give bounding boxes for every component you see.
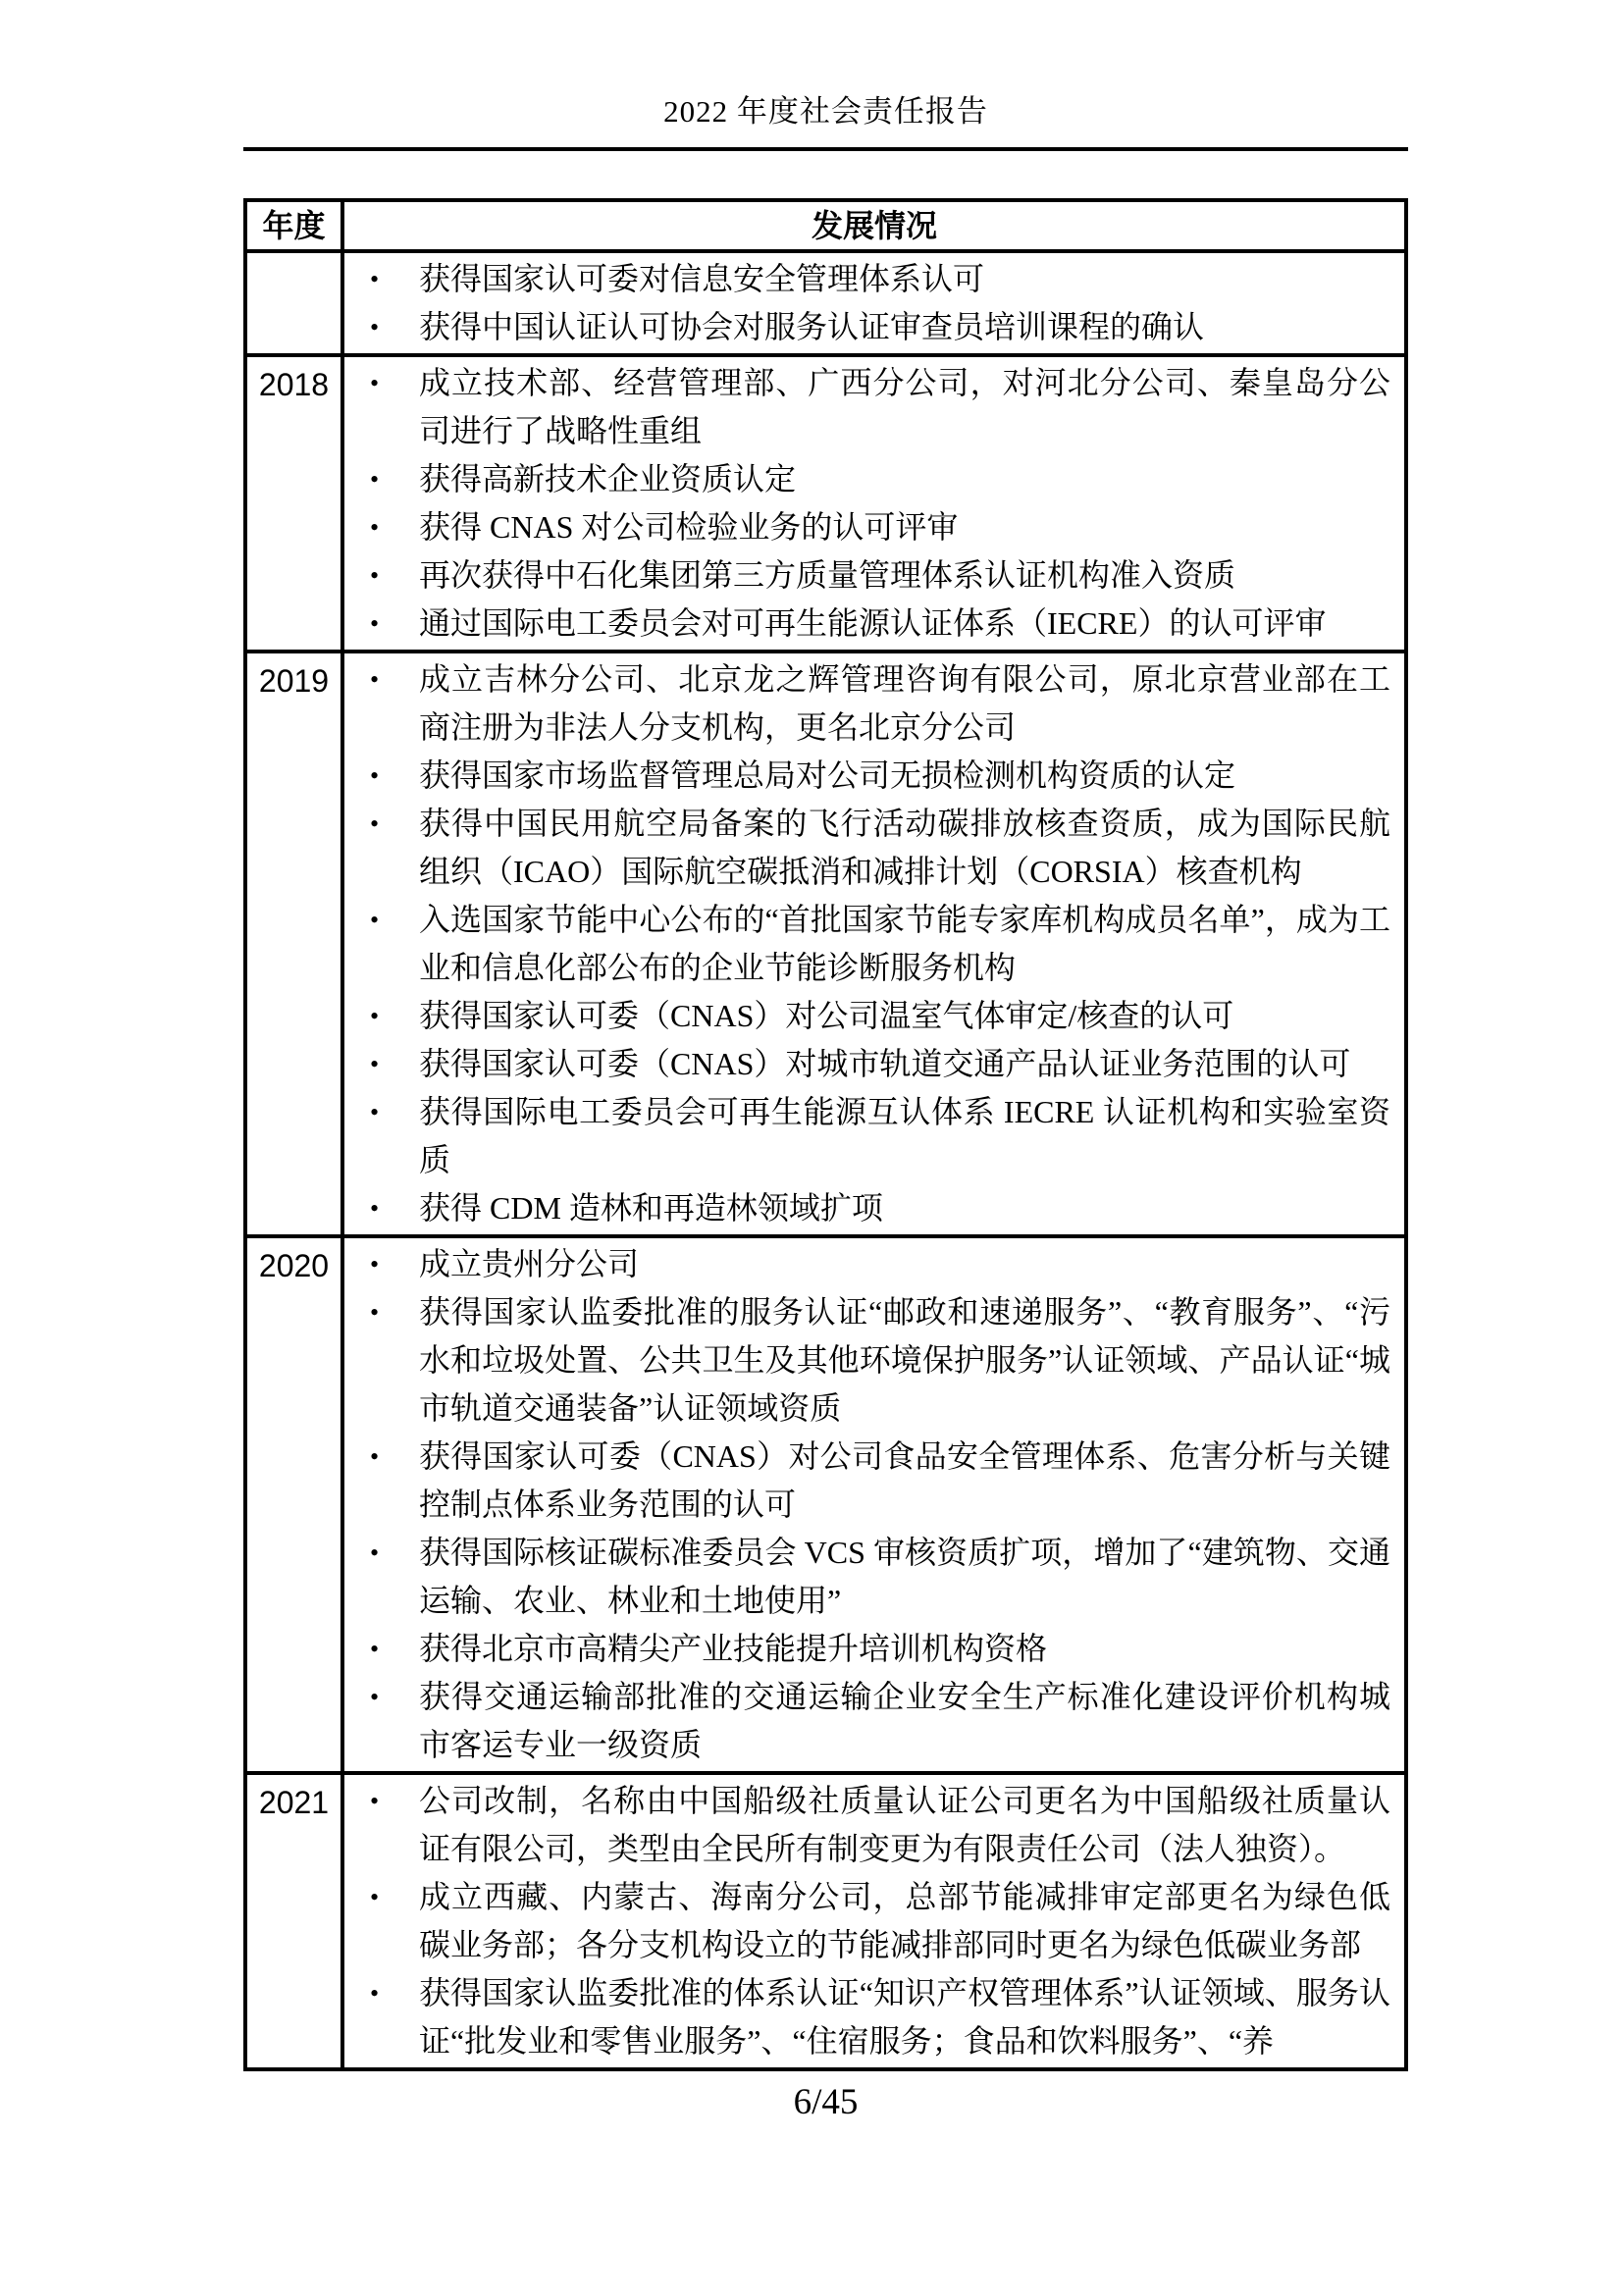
development-item-text: 获得国家认可委（CNAS）对公司食品安全管理体系、危害分析与关键控制点体系业务范… (419, 1438, 1390, 1522)
development-item-text: 成立技术部、经营管理部、广西分公司，对河北分公司、秦皇岛分公司进行了战略性重组 (419, 365, 1390, 448)
page-header-title: 2022 年度社会责任报告 (243, 92, 1408, 131)
page-footer: 6/45 (243, 2080, 1408, 2125)
table-row: 2021 • 公司改制，名称由中国船级社质量认证公司更名为中国船级社质量认证有限… (247, 1771, 1404, 2067)
bullet-icon: • (370, 600, 409, 648)
development-item-text: 入选国家节能中心公布的“首批国家节能专家库机构成员名单”，成为工业和信息化部公布… (419, 902, 1390, 985)
bullet-icon: • (370, 752, 409, 800)
development-items-cell: • 成立技术部、经营管理部、广西分公司，对河北分公司、秦皇岛分公司进行了战略性重… (344, 357, 1404, 650)
development-item-text: 获得国家认可委（CNAS）对公司温室气体审定/核查的认可 (419, 998, 1233, 1033)
bullet-icon: • (370, 1529, 409, 1577)
bullet-icon: • (370, 551, 409, 600)
bullet-icon: • (370, 1777, 409, 1825)
development-item-text: 公司改制，名称由中国船级社质量认证公司更名为中国船级社质量认证有限公司，类型由全… (419, 1783, 1390, 1866)
development-list-item: • 获得国家认可委对信息安全管理体系认可 (344, 255, 1390, 303)
development-list-item: • 获得 CNAS 对公司检验业务的认可评审 (344, 503, 1390, 551)
development-list-item: • 成立吉林分公司、北京龙之辉管理咨询有限公司，原北京营业部在工商注册为非法人分… (344, 655, 1390, 752)
bullet-icon: • (370, 503, 409, 551)
development-list-item: • 获得 CDM 造林和再造林领域扩项 (344, 1184, 1390, 1232)
bullet-icon: • (370, 359, 409, 407)
bullet-icon: • (370, 1673, 409, 1721)
development-list-item: • 获得国家市场监督管理总局对公司无损检测机构资质的认定 (344, 752, 1390, 800)
year-cell (247, 253, 344, 353)
development-list-item: • 获得国家认可委（CNAS）对城市轨道交通产品认证业务范围的认可 (344, 1040, 1390, 1088)
bullet-icon: • (370, 1288, 409, 1336)
development-item-text: 获得国际电工委员会可再生能源互认体系 IECRE 认证机构和实验室资质 (419, 1094, 1390, 1177)
development-items-cell: • 公司改制，名称由中国船级社质量认证公司更名为中国船级社质量认证有限公司，类型… (344, 1775, 1404, 2067)
development-item-text: 成立西藏、内蒙古、海南分公司，总部节能减排审定部更名为绿色低碳业务部；各分支机构… (419, 1879, 1390, 1962)
table-row: 2018 • 成立技术部、经营管理部、广西分公司，对河北分公司、秦皇岛分公司进行… (247, 353, 1404, 650)
report-page: 2022 年度社会责任报告 年度 发展情况 • 获得国家认可委对信息安全管理体系… (0, 0, 1624, 2296)
year-cell: 2021 (247, 1775, 344, 2067)
year-column-header: 年度 (247, 202, 344, 249)
bullet-icon: • (370, 1625, 409, 1673)
bullet-icon: • (370, 896, 409, 944)
table-header-row: 年度 发展情况 (247, 202, 1404, 249)
development-list-item: • 获得中国认证认可协会对服务认证审查员培训课程的确认 (344, 303, 1390, 351)
development-list-item: • 成立西藏、内蒙古、海南分公司，总部节能减排审定部更名为绿色低碳业务部；各分支… (344, 1873, 1390, 1969)
development-list-item: • 成立技术部、经营管理部、广西分公司，对河北分公司、秦皇岛分公司进行了战略性重… (344, 359, 1390, 455)
bullet-icon: • (370, 1088, 409, 1136)
year-cell: 2020 (247, 1238, 344, 1771)
table-row: • 获得国家认可委对信息安全管理体系认可 • 获得中国认证认可协会对服务认证审查… (247, 249, 1404, 353)
development-item-text: 获得国际核证碳标准委员会 VCS 审核资质扩项，增加了“建筑物、交通运输、农业、… (419, 1535, 1390, 1618)
year-cell: 2018 (247, 357, 344, 650)
development-list-item: • 获得国家认可委（CNAS）对公司食品安全管理体系、危害分析与关键控制点体系业… (344, 1433, 1390, 1529)
development-item-text: 获得国家认监委批准的体系认证“知识产权管理体系”认证领域、服务认证“批发业和零售… (419, 1975, 1390, 2059)
table-row: 2019 • 成立吉林分公司、北京龙之辉管理咨询有限公司，原北京营业部在工商注册… (247, 650, 1404, 1234)
bullet-icon: • (370, 992, 409, 1040)
bullet-icon: • (370, 1873, 409, 1921)
development-list-item: • 入选国家节能中心公布的“首批国家节能专家库机构成员名单”，成为工业和信息化部… (344, 896, 1390, 992)
development-list-item: • 公司改制，名称由中国船级社质量认证公司更名为中国船级社质量认证有限公司，类型… (344, 1777, 1390, 1873)
development-list-item: • 获得国家认监委批准的服务认证“邮政和速递服务”、“教育服务”、“污水和垃圾处… (344, 1288, 1390, 1433)
bullet-icon: • (370, 1969, 409, 2017)
development-history-table: 年度 发展情况 • 获得国家认可委对信息安全管理体系认可 • 获得中国认证认可协… (243, 198, 1408, 2071)
bullet-icon: • (370, 1240, 409, 1288)
bullet-icon: • (370, 1040, 409, 1088)
development-item-text: 获得 CDM 造林和再造林领域扩项 (419, 1190, 883, 1226)
development-list-item: • 获得高新技术企业资质认定 (344, 455, 1390, 503)
development-column-header: 发展情况 (344, 202, 1404, 249)
table-row: 2020 • 成立贵州分公司 • 获得国家认监委批准的服务认证“邮政和速递服务”… (247, 1234, 1404, 1771)
development-item-text: 获得中国民用航空局备案的飞行活动碳排放核查资质，成为国际民航组织（ICAO）国际… (419, 806, 1390, 889)
bullet-icon: • (370, 800, 409, 848)
development-list-item: • 再次获得中石化集团第三方质量管理体系认证机构准入资质 (344, 551, 1390, 600)
development-item-text: 获得 CNAS 对公司检验业务的认可评审 (419, 509, 958, 545)
bullet-icon: • (370, 655, 409, 704)
year-cell: 2019 (247, 653, 344, 1234)
bullet-icon: • (370, 255, 409, 303)
development-item-text: 获得国家认监委批准的服务认证“邮政和速递服务”、“教育服务”、“污水和垃圾处置、… (419, 1294, 1390, 1426)
development-item-text: 获得高新技术企业资质认定 (419, 461, 796, 496)
bullet-icon: • (370, 455, 409, 503)
development-list-item: • 获得国际电工委员会可再生能源互认体系 IECRE 认证机构和实验室资质 (344, 1088, 1390, 1184)
development-item-text: 再次获得中石化集团第三方质量管理体系认证机构准入资质 (419, 557, 1235, 593)
development-list-item: • 获得国家认监委批准的体系认证“知识产权管理体系”认证领域、服务认证“批发业和… (344, 1969, 1390, 2065)
development-list-item: • 获得中国民用航空局备案的飞行活动碳排放核查资质，成为国际民航组织（ICAO）… (344, 800, 1390, 896)
bullet-icon: • (370, 1184, 409, 1232)
development-items-cell: • 成立贵州分公司 • 获得国家认监委批准的服务认证“邮政和速递服务”、“教育服… (344, 1238, 1404, 1771)
development-list-item: • 通过国际电工委员会对可再生能源认证体系（IECRE）的认可评审 (344, 600, 1390, 648)
development-items-cell: • 成立吉林分公司、北京龙之辉管理咨询有限公司，原北京营业部在工商注册为非法人分… (344, 653, 1404, 1234)
development-item-text: 成立贵州分公司 (419, 1246, 639, 1281)
development-item-text: 获得国家市场监督管理总局对公司无损检测机构资质的认定 (419, 757, 1235, 793)
development-item-text: 获得北京市高精尖产业技能提升培训机构资格 (419, 1631, 1047, 1666)
development-list-item: • 获得北京市高精尖产业技能提升培训机构资格 (344, 1625, 1390, 1673)
development-item-text: 通过国际电工委员会对可再生能源认证体系（IECRE）的认可评审 (419, 605, 1326, 641)
development-items-cell: • 获得国家认可委对信息安全管理体系认可 • 获得中国认证认可协会对服务认证审查… (344, 253, 1404, 353)
development-list-item: • 获得国家认可委（CNAS）对公司温室气体审定/核查的认可 (344, 992, 1390, 1040)
development-list-item: • 成立贵州分公司 (344, 1240, 1390, 1288)
bullet-icon: • (370, 1433, 409, 1481)
development-item-text: 获得国家认可委对信息安全管理体系认可 (419, 261, 984, 296)
development-item-text: 获得交通运输部批准的交通运输企业安全生产标准化建设评价机构城市客运专业一级资质 (419, 1679, 1390, 1762)
development-list-item: • 获得国际核证碳标准委员会 VCS 审核资质扩项，增加了“建筑物、交通运输、农… (344, 1529, 1390, 1625)
development-item-text: 成立吉林分公司、北京龙之辉管理咨询有限公司，原北京营业部在工商注册为非法人分支机… (419, 661, 1390, 745)
header-rule (243, 147, 1408, 151)
page-number: 6/45 (794, 2082, 859, 2122)
development-list-item: • 获得交通运输部批准的交通运输企业安全生产标准化建设评价机构城市客运专业一级资… (344, 1673, 1390, 1769)
bullet-icon: • (370, 303, 409, 351)
development-item-text: 获得国家认可委（CNAS）对城市轨道交通产品认证业务范围的认可 (419, 1046, 1350, 1081)
development-item-text: 获得中国认证认可协会对服务认证审查员培训课程的确认 (419, 309, 1204, 344)
